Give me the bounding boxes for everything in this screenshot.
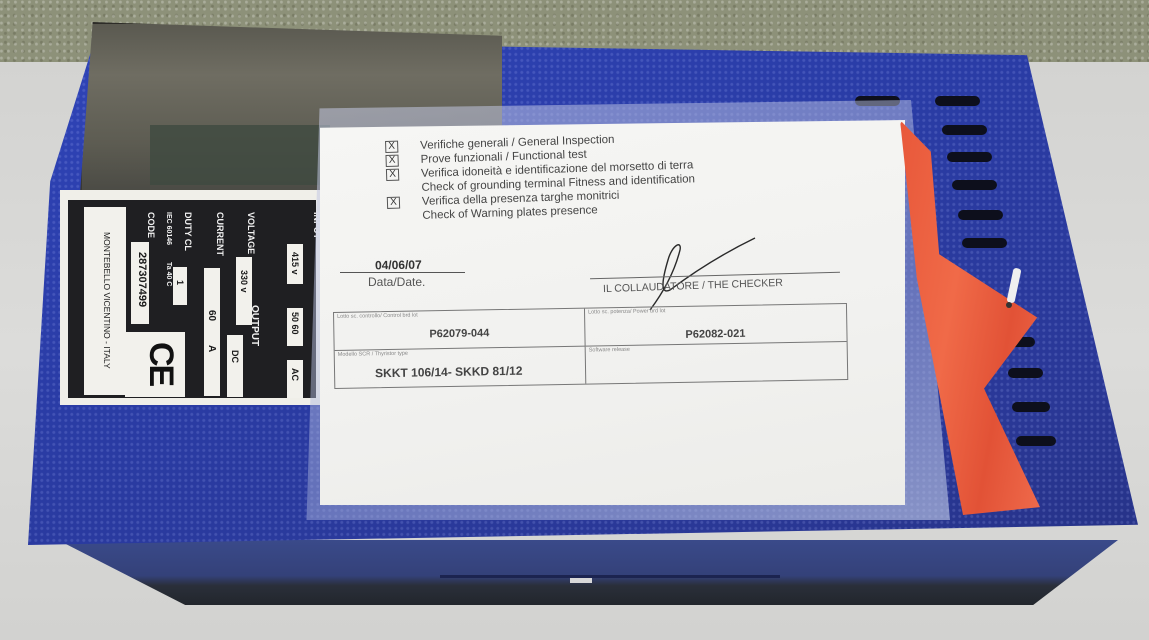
- current-unit: A: [206, 345, 217, 352]
- code-value: 287307499: [136, 252, 148, 307]
- manufacturer-location: MONTEBELLO VICENTINO - ITALY: [102, 232, 112, 369]
- thyristor-cell: Modello SCR / Thyristor type SKKT 106/14…: [335, 347, 587, 388]
- software-label: Software release: [589, 347, 630, 354]
- power-lot-value: P62082-021: [685, 328, 745, 341]
- voltage-label: VOLTAGE: [246, 212, 256, 254]
- output-type: DC: [230, 350, 240, 363]
- duty-value: 1: [175, 280, 185, 285]
- code-label: CODE: [146, 212, 156, 238]
- vent-slot: [947, 152, 992, 162]
- vent-slot: [942, 125, 987, 135]
- vent-slot: [962, 238, 1007, 248]
- control-lot-cell: Lotto sc. controllo/ Control brd lot P62…: [334, 309, 586, 351]
- thyristor-value: SKKT 106/14- SKKD 81/12: [375, 364, 523, 381]
- vent-slot: [1012, 402, 1050, 412]
- input-freq: 50 60: [290, 312, 300, 335]
- software-cell: Software release: [586, 342, 848, 384]
- current-value: 60: [206, 310, 217, 321]
- output-voltage: 330 v: [239, 270, 249, 293]
- input-type: AC: [290, 368, 300, 381]
- enclosure-front-panel: [58, 540, 1118, 605]
- vent-slot: [935, 96, 980, 106]
- checkbox-checked: X: [386, 169, 399, 181]
- inspection-date: 04/06/07: [375, 258, 422, 273]
- power-lot-cell: Lotto sc. potenza/ Power brd lot P62082-…: [585, 304, 847, 347]
- duty-label: DUTY CL: [183, 212, 193, 251]
- output-type-box: [227, 335, 243, 397]
- current-box: [204, 268, 220, 396]
- control-lot-value: P62079-044: [429, 327, 489, 340]
- vent-slot: [1008, 368, 1043, 378]
- vent-slot: [952, 180, 997, 190]
- vent-slot: [958, 210, 1003, 220]
- date-label: Data/Date.: [368, 275, 425, 289]
- tag-hole: [1006, 302, 1012, 308]
- checkbox-checked: X: [387, 197, 400, 209]
- power-lot-label: Lotto sc. potenza/ Power brd lot: [588, 308, 665, 315]
- ta-label: Ta 40 C: [165, 262, 172, 286]
- duty-box: [173, 267, 187, 305]
- input-voltage: 415 v: [290, 252, 300, 275]
- date-underline: [340, 272, 465, 273]
- current-label: CURRENT: [215, 212, 225, 256]
- ce-mark-icon: CE: [141, 342, 180, 385]
- checkbox-checked: X: [385, 155, 398, 167]
- iec-label: IEC 60146: [165, 212, 172, 245]
- circuit-board-behind-glass: [150, 125, 330, 185]
- front-slot: [440, 575, 780, 578]
- control-lot-label: Lotto sc. controllo/ Control brd lot: [337, 313, 418, 320]
- vent-slot: [1016, 436, 1056, 446]
- checkbox-checked: X: [385, 141, 398, 153]
- lot-table: Lotto sc. controllo/ Control brd lot P62…: [333, 303, 848, 389]
- front-tab: [570, 578, 592, 583]
- thyristor-label: Modello SCR / Thyristor type: [338, 351, 408, 358]
